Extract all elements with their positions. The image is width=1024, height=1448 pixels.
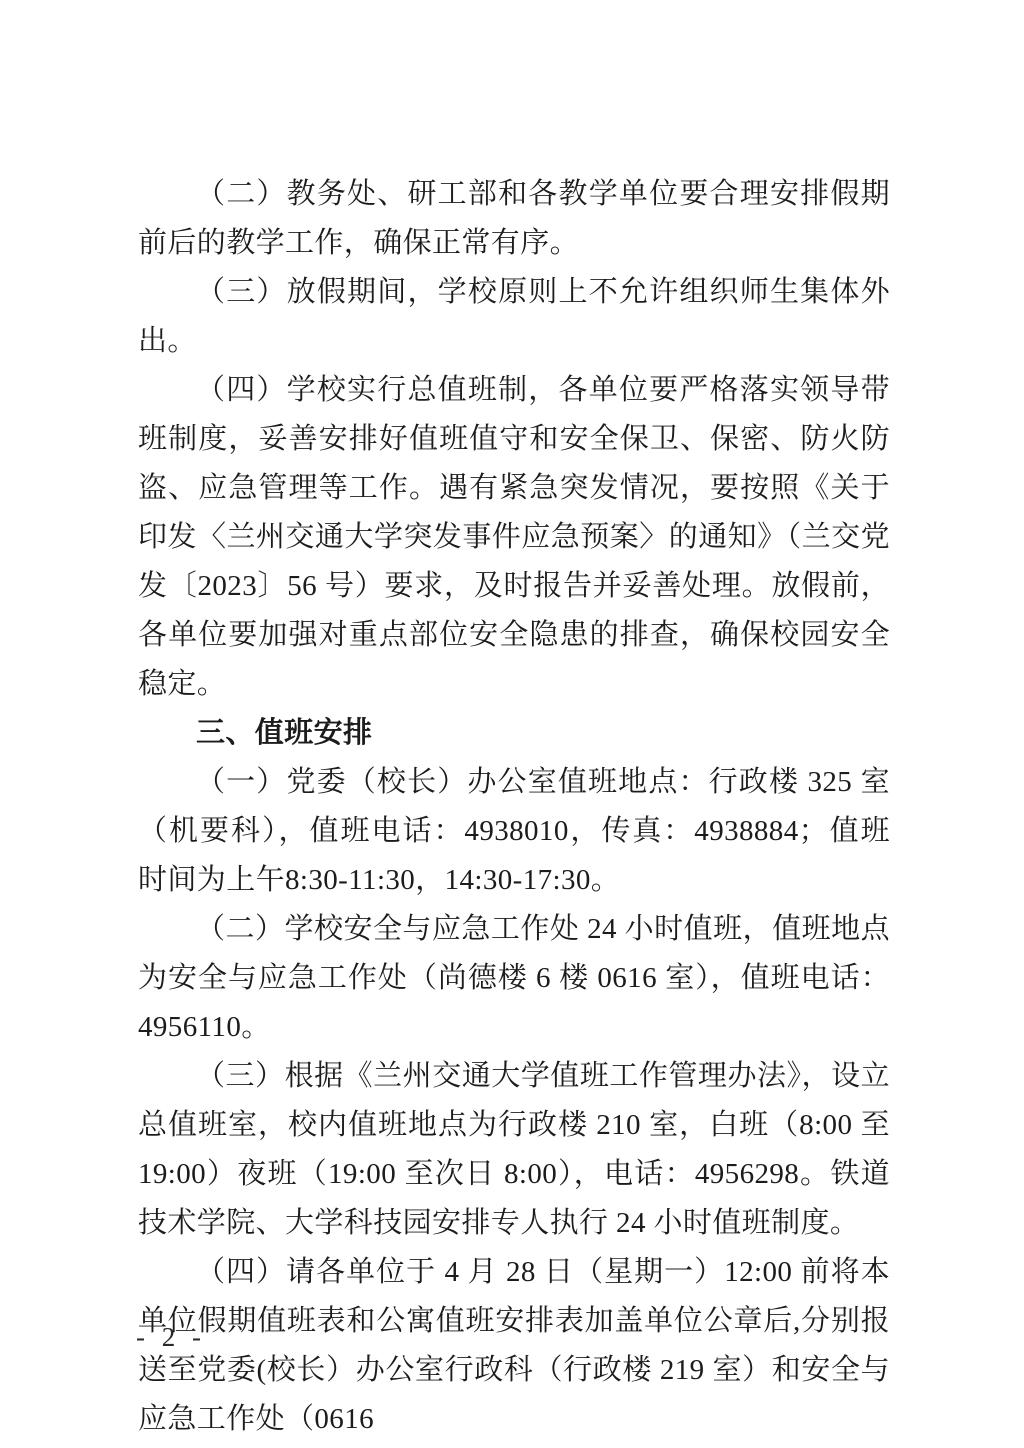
paragraph: （二）学校安全与应急工作处 24 小时值班，值班地点为安全与应急工作处（尚德楼 … [138, 905, 890, 1052]
paragraph: （四）请各单位于 4 月 28 日（星期一）12:00 前将本单位假期值班表和公… [138, 1248, 890, 1444]
paragraph: （三）放假期间，学校原则上不允许组织师生集体外出。 [138, 268, 890, 366]
paragraph: （三）根据《兰州交通大学值班工作管理办法》，设立总值班室，校内值班地点为行政楼 … [138, 1052, 890, 1248]
section-heading: 三、值班安排 [138, 709, 890, 758]
page-number: - 2 - [136, 1322, 206, 1353]
document-page: （二）教务处、研工部和各教学单位要合理安排假期前后的教学工作，确保正常有序。（三… [0, 0, 1024, 1448]
paragraph: （二）教务处、研工部和各教学单位要合理安排假期前后的教学工作，确保正常有序。 [138, 170, 890, 268]
paragraph: （一）党委（校长）办公室值班地点：行政楼 325 室（机要科），值班电话：493… [138, 758, 890, 905]
paragraph: （四）学校实行总值班制，各单位要严格落实领导带班制度，妥善安排好值班值守和安全保… [138, 366, 890, 709]
document-body: （二）教务处、研工部和各教学单位要合理安排假期前后的教学工作，确保正常有序。（三… [138, 170, 890, 1444]
